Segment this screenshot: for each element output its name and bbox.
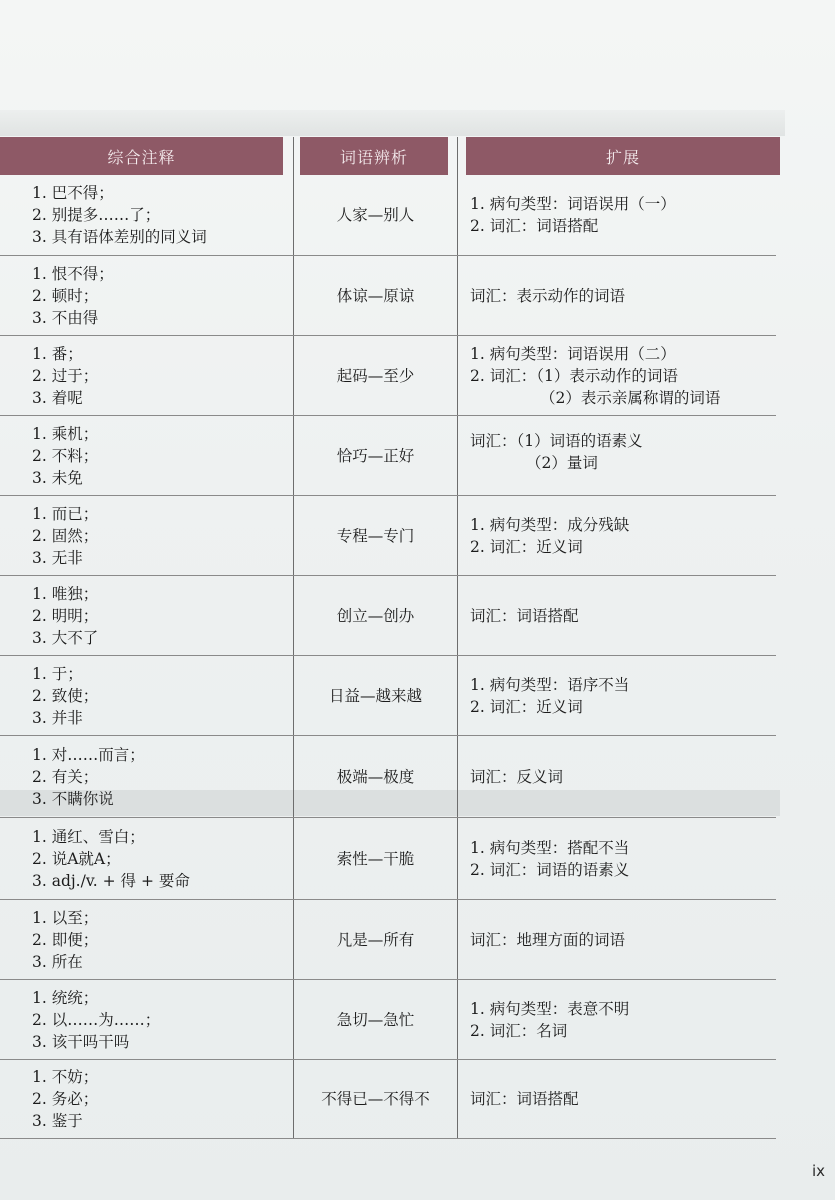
extension-item: 1. 病句类型：词语误用（一） xyxy=(470,193,775,215)
notes-cell: 1. 以至； 2. 即便； 3. 所在 xyxy=(32,900,287,979)
note-item: 1. 以至； xyxy=(32,907,287,929)
bleed-through-band xyxy=(0,110,785,136)
word-pair: 极端—极度 xyxy=(337,766,415,788)
extension-item: 1. 病句类型：搭配不当 xyxy=(470,837,775,859)
notes-cell: 1. 唯独； 2. 明明； 3. 大不了 xyxy=(32,576,287,655)
word-pair: 人家—别人 xyxy=(337,204,415,226)
word-analysis-cell: 创立—创办 xyxy=(294,576,457,655)
note-item: 2. 别提多……了； xyxy=(32,204,287,226)
notes-cell: 1. 恨不得； 2. 顿时； 3. 不由得 xyxy=(32,256,287,335)
note-item: 2. 致使； xyxy=(32,685,287,707)
word-pair: 不得已—不得不 xyxy=(321,1088,430,1110)
extension-cell: 词汇：反义词 xyxy=(470,736,775,817)
notes-cell: 1. 对……而言； 2. 有关； 3. 不瞒你说 xyxy=(32,736,287,817)
note-item: 3. 该干吗干吗 xyxy=(32,1031,287,1053)
note-item: 2. 以……为……； xyxy=(32,1009,287,1031)
notes-cell: 1. 不妨； 2. 务必； 3. 鉴于 xyxy=(32,1060,287,1138)
extension-cell: 1. 病句类型：成分残缺 2. 词汇：近义词 xyxy=(470,496,775,575)
word-pair: 起码—至少 xyxy=(337,365,415,387)
note-item: 3. 大不了 xyxy=(32,627,287,649)
extension-cell: 1. 病句类型：语序不当 2. 词汇：近义词 xyxy=(470,656,775,735)
word-analysis-cell: 不得已—不得不 xyxy=(294,1060,457,1138)
notes-cell: 1. 番； 2. 过于； 3. 着呢 xyxy=(32,336,287,415)
note-item: 3. 不由得 xyxy=(32,307,287,329)
word-analysis-cell: 索性—干脆 xyxy=(294,818,457,899)
notes-cell: 1. 而已； 2. 固然； 3. 无非 xyxy=(32,496,287,575)
note-item: 3. 无非 xyxy=(32,547,287,569)
table-body: 1. 巴不得； 2. 别提多……了； 3. 具有语体差别的同义词 人家—别人 1… xyxy=(0,175,776,1139)
note-item: 1. 不妨； xyxy=(32,1066,287,1088)
extension-item: 2. 词汇：近义词 xyxy=(470,536,775,558)
extension-item: 词汇：（1）词语的语素义 xyxy=(470,430,775,452)
word-pair: 恰巧—正好 xyxy=(337,445,415,467)
notes-cell: 1. 于； 2. 致使； 3. 并非 xyxy=(32,656,287,735)
table-row: 1. 统统； 2. 以……为……； 3. 该干吗干吗 急切—急忙 1. 病句类型… xyxy=(0,980,776,1060)
header-extension: 扩展 xyxy=(466,137,780,175)
notes-cell: 1. 乘机； 2. 不料； 3. 未免 xyxy=(32,416,287,495)
note-item: 3. adj./v. + 得 + 要命 xyxy=(32,870,287,892)
extension-cell: 1. 病句类型：词语误用（二） 2. 词汇：（1）表示动作的词语 （2）表示亲属… xyxy=(470,336,775,415)
note-item: 1. 对……而言； xyxy=(32,744,287,766)
word-pair: 凡是—所有 xyxy=(337,929,415,951)
notes-cell: 1. 巴不得； 2. 别提多……了； 3. 具有语体差别的同义词 xyxy=(32,175,287,255)
table-header: 综合注释 词语辨析 扩展 xyxy=(0,137,780,175)
note-item: 1. 而已； xyxy=(32,503,287,525)
note-item: 2. 务必； xyxy=(32,1088,287,1110)
word-analysis-cell: 恰巧—正好 xyxy=(294,416,457,495)
extension-item: 2. 词汇：（1）表示动作的词语 xyxy=(470,365,775,387)
extension-item: 2. 词汇：词语的语素义 xyxy=(470,859,775,881)
note-item: 1. 番； xyxy=(32,343,287,365)
table-row: 1. 唯独； 2. 明明； 3. 大不了 创立—创办 词汇：词语搭配 xyxy=(0,576,776,656)
header-word-analysis: 词语辨析 xyxy=(300,137,448,175)
extension-item: 1. 病句类型：成分残缺 xyxy=(470,514,775,536)
word-pair: 创立—创办 xyxy=(337,605,415,627)
extension-item: （2）量词 xyxy=(470,452,775,474)
extension-item: 2. 词汇：近义词 xyxy=(470,696,775,718)
word-analysis-cell: 体谅—原谅 xyxy=(294,256,457,335)
note-item: 2. 不料； xyxy=(32,445,287,467)
table-row: 1. 番； 2. 过于； 3. 着呢 起码—至少 1. 病句类型：词语误用（二）… xyxy=(0,336,776,416)
page-number: ix xyxy=(812,1162,825,1180)
note-item: 3. 未免 xyxy=(32,467,287,489)
word-analysis-cell: 日益—越来越 xyxy=(294,656,457,735)
note-item: 2. 有关； xyxy=(32,766,287,788)
note-item: 3. 具有语体差别的同义词 xyxy=(32,226,287,248)
note-item: 2. 顿时； xyxy=(32,285,287,307)
extension-item: 词汇：反义词 xyxy=(470,766,775,788)
extension-cell: 词汇：地理方面的词语 xyxy=(470,900,775,979)
notes-cell: 1. 通红、雪白； 2. 说A就A； 3. adj./v. + 得 + 要命 xyxy=(32,818,287,899)
word-analysis-cell: 凡是—所有 xyxy=(294,900,457,979)
note-item: 1. 统统； xyxy=(32,987,287,1009)
extension-cell: 词汇：词语搭配 xyxy=(470,1060,775,1138)
table-row: 1. 巴不得； 2. 别提多……了； 3. 具有语体差别的同义词 人家—别人 1… xyxy=(0,175,776,256)
extension-item: 词汇：地理方面的词语 xyxy=(470,929,775,951)
extension-cell: 1. 病句类型：搭配不当 2. 词汇：词语的语素义 xyxy=(470,818,775,899)
extension-cell: 词汇：词语搭配 xyxy=(470,576,775,655)
note-item: 2. 说A就A； xyxy=(32,848,287,870)
extension-item: 词汇：词语搭配 xyxy=(470,605,775,627)
extension-item: （2）表示亲属称谓的词语 xyxy=(470,387,775,409)
extension-item: 1. 病句类型：语序不当 xyxy=(470,674,775,696)
table-row: 1. 不妨； 2. 务必； 3. 鉴于 不得已—不得不 词汇：词语搭配 xyxy=(0,1060,776,1139)
extension-item: 词汇：表示动作的词语 xyxy=(470,285,775,307)
word-analysis-cell: 人家—别人 xyxy=(294,175,457,255)
extension-item: 1. 病句类型：词语误用（二） xyxy=(470,343,775,365)
extension-cell: 1. 病句类型：词语误用（一） 2. 词汇：词语搭配 xyxy=(470,175,775,255)
note-item: 3. 着呢 xyxy=(32,387,287,409)
extension-item: 2. 词汇：名词 xyxy=(470,1020,775,1042)
word-analysis-cell: 专程—专门 xyxy=(294,496,457,575)
table-row: 1. 而已； 2. 固然； 3. 无非 专程—专门 1. 病句类型：成分残缺 2… xyxy=(0,496,776,576)
table-row: 1. 乘机； 2. 不料； 3. 未免 恰巧—正好 词汇：（1）词语的语素义 （… xyxy=(0,416,776,496)
word-pair: 体谅—原谅 xyxy=(337,285,415,307)
extension-cell: 1. 病句类型：表意不明 2. 词汇：名词 xyxy=(470,980,775,1059)
word-pair: 索性—干脆 xyxy=(337,848,415,870)
word-pair: 专程—专门 xyxy=(337,525,415,547)
extension-cell: 词汇：（1）词语的语素义 （2）量词 xyxy=(470,416,775,495)
extension-item: 词汇：词语搭配 xyxy=(470,1088,775,1110)
note-item: 2. 明明； xyxy=(32,605,287,627)
word-pair: 急切—急忙 xyxy=(337,1009,415,1031)
note-item: 3. 鉴于 xyxy=(32,1110,287,1132)
note-item: 1. 于； xyxy=(32,663,287,685)
extension-item: 1. 病句类型：表意不明 xyxy=(470,998,775,1020)
note-item: 2. 即便； xyxy=(32,929,287,951)
table-row: 1. 对……而言； 2. 有关； 3. 不瞒你说 极端—极度 词汇：反义词 xyxy=(0,736,776,818)
table-row: 1. 通红、雪白； 2. 说A就A； 3. adj./v. + 得 + 要命 索… xyxy=(0,818,776,900)
notes-cell: 1. 统统； 2. 以……为……； 3. 该干吗干吗 xyxy=(32,980,287,1059)
word-pair: 日益—越来越 xyxy=(329,685,422,707)
table-row: 1. 恨不得； 2. 顿时； 3. 不由得 体谅—原谅 词汇：表示动作的词语 xyxy=(0,256,776,336)
note-item: 1. 巴不得； xyxy=(32,182,287,204)
extension-item: 2. 词汇：词语搭配 xyxy=(470,215,775,237)
note-item: 2. 过于； xyxy=(32,365,287,387)
note-item: 1. 恨不得； xyxy=(32,263,287,285)
word-analysis-cell: 极端—极度 xyxy=(294,736,457,817)
table-row: 1. 于； 2. 致使； 3. 并非 日益—越来越 1. 病句类型：语序不当 2… xyxy=(0,656,776,736)
extension-cell: 词汇：表示动作的词语 xyxy=(470,256,775,335)
note-item: 1. 通红、雪白； xyxy=(32,826,287,848)
note-item: 3. 并非 xyxy=(32,707,287,729)
table-row: 1. 以至； 2. 即便； 3. 所在 凡是—所有 词汇：地理方面的词语 xyxy=(0,900,776,980)
word-analysis-cell: 急切—急忙 xyxy=(294,980,457,1059)
note-item: 3. 所在 xyxy=(32,951,287,973)
header-notes: 综合注释 xyxy=(0,137,283,175)
note-item: 1. 唯独； xyxy=(32,583,287,605)
note-item: 2. 固然； xyxy=(32,525,287,547)
note-item: 1. 乘机； xyxy=(32,423,287,445)
word-analysis-cell: 起码—至少 xyxy=(294,336,457,415)
note-item: 3. 不瞒你说 xyxy=(32,788,287,810)
